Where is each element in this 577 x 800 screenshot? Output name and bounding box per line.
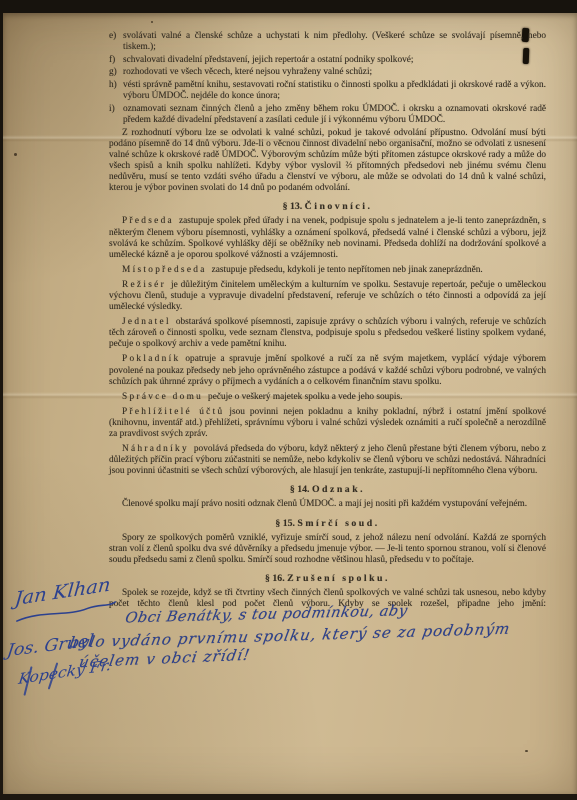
statute-list-item: e) svolávati valné a členské schůze a uc… [109, 31, 546, 53]
paragraph-odznak: Členové spolku mají právo nositi odznak … [109, 499, 546, 510]
paragraph-pokladnik: Pokladníkopatruje a spravuje jmění spolk… [109, 354, 546, 387]
paragraph-predseda: Předsedazastupuje spolek před úřady i na… [109, 216, 546, 260]
term-mistopredseda: Místopředseda [122, 265, 212, 275]
statute-list-item: h) vésti správně pamětní knihu, sestavov… [109, 80, 546, 102]
paragraph-text: zastupuje předsedu, kdykoli je tento nep… [212, 265, 483, 275]
term-spravce-domu: Správce domu [122, 392, 208, 402]
term-pokladnik: Pokladník [122, 354, 185, 364]
statute-list-item: i) oznamovati seznam činných členů a jeh… [109, 104, 546, 126]
paragraph-nahradnici: Náhradníkypovolává předseda do výboru, k… [109, 444, 546, 477]
list-marker: g) [109, 67, 123, 78]
list-item-text: svolávati valné a členské schůze a uchys… [123, 31, 546, 53]
printed-text-column: e) svolávati valné a členské schůze a uc… [109, 31, 546, 659]
list-marker: h) [109, 80, 123, 102]
section-number: § 13. [283, 201, 303, 212]
list-item-text: vésti správně pamětní knihu, sestavovati… [123, 80, 546, 102]
section-title: Zrušení spolku. [287, 573, 390, 584]
paragraph-text: pečuje o veškerý majetek spolku a vede j… [208, 392, 402, 402]
term-reziser: Režisér [122, 280, 171, 290]
paper-speck [14, 153, 17, 156]
section-number: § 16. [265, 573, 285, 584]
paper-speck [151, 21, 153, 23]
statute-list-item: f) schvalovati divadelní představení, je… [109, 55, 546, 66]
paragraph-reziser: Režisérje důležitým činitelem uměleckým … [109, 280, 546, 313]
section-15-heading: § 15. Smírčí soud. [109, 518, 546, 529]
paragraph-smirci-soud: Spory ze spolkových poměrů vzniklé, vyři… [109, 533, 546, 566]
list-item-text: oznamovati seznam činných členů a jeho z… [123, 104, 546, 126]
paragraph-mistopredseda: Místopředsedazastupuje předsedu, kdykoli… [109, 265, 546, 276]
list-marker: f) [109, 55, 123, 66]
section-title: Smírčí soud. [297, 518, 379, 529]
section-13-heading: § 13. Činovníci. [109, 201, 546, 212]
section-16-heading: § 16. Zrušení spolku. [109, 573, 546, 584]
paragraph-spravce-domu: Správce domupečuje o veškerý majetek spo… [109, 392, 546, 403]
section-number: § 14. [290, 484, 310, 495]
paragraph-jednatel: Jednatelobstarává spolkové písemnosti, z… [109, 317, 546, 350]
paragraph-prehlizitele-uctu: Přehlížitelé účtůjsou povinni nejen pokl… [109, 407, 546, 440]
term-jednatel: Jednatel [122, 317, 176, 327]
term-predseda: Předseda [122, 216, 179, 226]
list-marker: i) [109, 104, 123, 126]
term-prehlizitele-uctu: Přehlížitelé účtů [122, 407, 229, 417]
statute-list-item: g) rozhodovati ve všech věcech, které ne… [109, 67, 546, 78]
paragraph-text: je důležitým činitelem uměleckým a kultu… [109, 280, 546, 312]
list-marker: e) [109, 31, 123, 53]
section-14-heading: § 14. Odznak. [109, 484, 546, 495]
section-title: Odznak. [312, 484, 365, 495]
appeal-paragraph: Z rozhodnutí výboru lze se odvolati k va… [109, 128, 546, 195]
section-title: Činovníci. [305, 201, 373, 212]
paragraph-zruseni-spolku: Spolek se rozejde, když se tři čtvrtiny … [109, 588, 546, 623]
term-nahradnici: Náhradníky [122, 444, 194, 454]
list-item-text: rozhodovati ve všech věcech, které nejso… [123, 67, 546, 78]
photo-background: e) svolávati valné a členské schůze a uc… [0, 0, 577, 800]
section-number: § 15. [275, 518, 295, 529]
list-item-text: schvalovati divadelní představení, jejic… [123, 55, 546, 66]
paper-speck [525, 750, 528, 752]
handwritten-completion-line-1: Obci Benátky, s tou podmínkou, aby [107, 606, 408, 625]
